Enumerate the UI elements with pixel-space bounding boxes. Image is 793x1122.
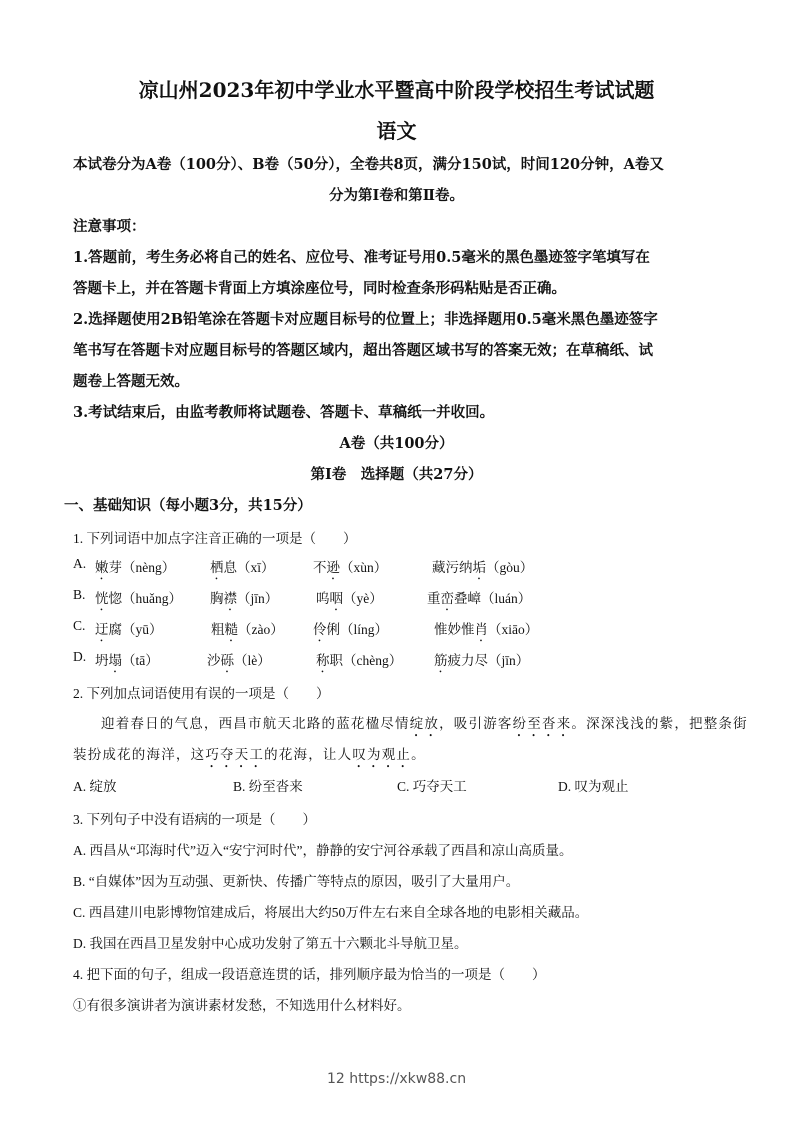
notice-heading: 注意事项： <box>73 215 146 236</box>
q3-option-d: D. 我国在西昌卫星发射中心成功发射了第五十六颗北斗导航卫星。 <box>73 932 468 952</box>
q1-stem: 1. 下列词语中加点字注音正确的一项是（ ） <box>73 527 357 547</box>
q2-passage-line-2: 装扮成花的海洋，这巧夺天工的花海，让人叹为观止。 <box>73 743 426 771</box>
option-item: 惟妙惟肖（xiāo） <box>434 618 538 645</box>
notice-line: 笔书写在答题卡对应题目标号的答题区域内，超出答题区域书写的答案无效；在草稿纸、试 <box>73 339 653 360</box>
option-label: D. <box>73 649 86 665</box>
option-item: 不逊（xùn） <box>313 556 387 583</box>
option-item: 坍塌（tā） <box>95 649 159 676</box>
section-a-heading: A卷（共100分） <box>0 432 793 453</box>
q4-stem: 4. 把下面的句子，组成一段语意连贯的话，排列顺序最为恰当的一项是（ ） <box>73 963 546 983</box>
q2-option-c: C. 巧夺天工 <box>397 775 467 795</box>
option-item: 嫩芽（nèng） <box>95 556 175 583</box>
q4-sentence: ①有很多演讲者为演讲素材发愁，不知选用什么材料好。 <box>73 994 411 1014</box>
notice-line: 答题卡上，并在答题卡背面上方填涂座位号，同时检查条形码粘贴是否正确。 <box>73 277 566 298</box>
option-label: B. <box>73 587 85 603</box>
exam-page: 凉山州2023年初中学业水平暨高中阶段学校招生考试试题 语文 本试卷分为A卷（1… <box>0 0 793 1122</box>
option-item: 粗糙（zào） <box>211 618 284 645</box>
q3-stem: 3. 下列句子中没有语病的一项是（ ） <box>73 808 316 828</box>
option-item: 栖息（xī） <box>210 556 275 583</box>
q2-option-b: B. 纷至沓来 <box>233 775 303 795</box>
page-footer: 12 https://xkw88.cn <box>0 1071 793 1087</box>
option-item: 恍惚（huǎng） <box>95 587 182 614</box>
option-item: 胸襟（jīn） <box>210 587 278 614</box>
notice-line: 3.考试结束后，由监考教师将试题卷、答题卡、草稿纸一并收回。 <box>73 401 494 422</box>
option-item: 迂腐（yū） <box>95 618 163 645</box>
option-item: 伶俐（líng） <box>313 618 388 645</box>
intro-line-2: 分为第Ⅰ卷和第Ⅱ卷。 <box>0 184 793 205</box>
q3-option-c: C. 西昌建川电影博物馆建成后，将展出大约50万件左右来自全球各地的电影相关藏品… <box>73 901 588 921</box>
intro-line-1: 本试卷分为A卷（100分）、B卷（50分），全卷共8页，满分150试，时间120… <box>73 153 664 174</box>
option-item: 藏污纳垢（gòu） <box>432 556 533 583</box>
exam-title: 凉山州2023年初中学业水平暨高中阶段学校招生考试试题 <box>0 74 793 103</box>
notice-line: 2.选择题使用2B铅笔涂在答题卡对应题目标号的位置上；非选择题用0.5毫米黑色墨… <box>73 308 658 329</box>
section-heading: 一、基础知识（每小题3分，共15分） <box>64 494 312 515</box>
option-item: 筋疲力尽（jīn） <box>434 649 529 676</box>
notice-line: 1.答题前，考生务必将自己的姓名、应位号、准考证号用0.5毫米的黑色墨迹签字笔填… <box>73 246 650 267</box>
q2-stem: 2. 下列加点词语使用有误的一项是（ ） <box>73 682 330 702</box>
option-label: A. <box>73 556 86 572</box>
q2-option-a: A. 绽放 <box>73 775 117 795</box>
q3-option-a: A. 西昌从“邛海时代”迈入“安宁河时代”，静静的安宁河谷承载了西昌和凉山高质量… <box>73 839 572 859</box>
option-item: 沙砾（lè） <box>207 649 271 676</box>
q2-option-d: D. 叹为观止 <box>558 775 629 795</box>
part-1-heading: 第Ⅰ卷 选择题（共27分） <box>0 463 793 484</box>
subject-title: 语文 <box>0 115 793 144</box>
option-label: C. <box>73 618 85 634</box>
option-item: 呜咽（yè） <box>316 587 383 614</box>
option-item: 称职（chèng） <box>316 649 402 676</box>
option-item: 重峦叠嶂（luán） <box>427 587 531 614</box>
q2-passage-line-1: 迎着春日的气息，西昌市航天北路的蓝花楹尽情绽放，吸引游客纷至沓来。深深浅浅的紫，… <box>101 712 748 740</box>
notice-line: 题卷上答题无效。 <box>73 370 189 391</box>
q3-option-b: B. “自媒体”因为互动强、更新快、传播广等特点的原因，吸引了大量用户。 <box>73 870 519 890</box>
